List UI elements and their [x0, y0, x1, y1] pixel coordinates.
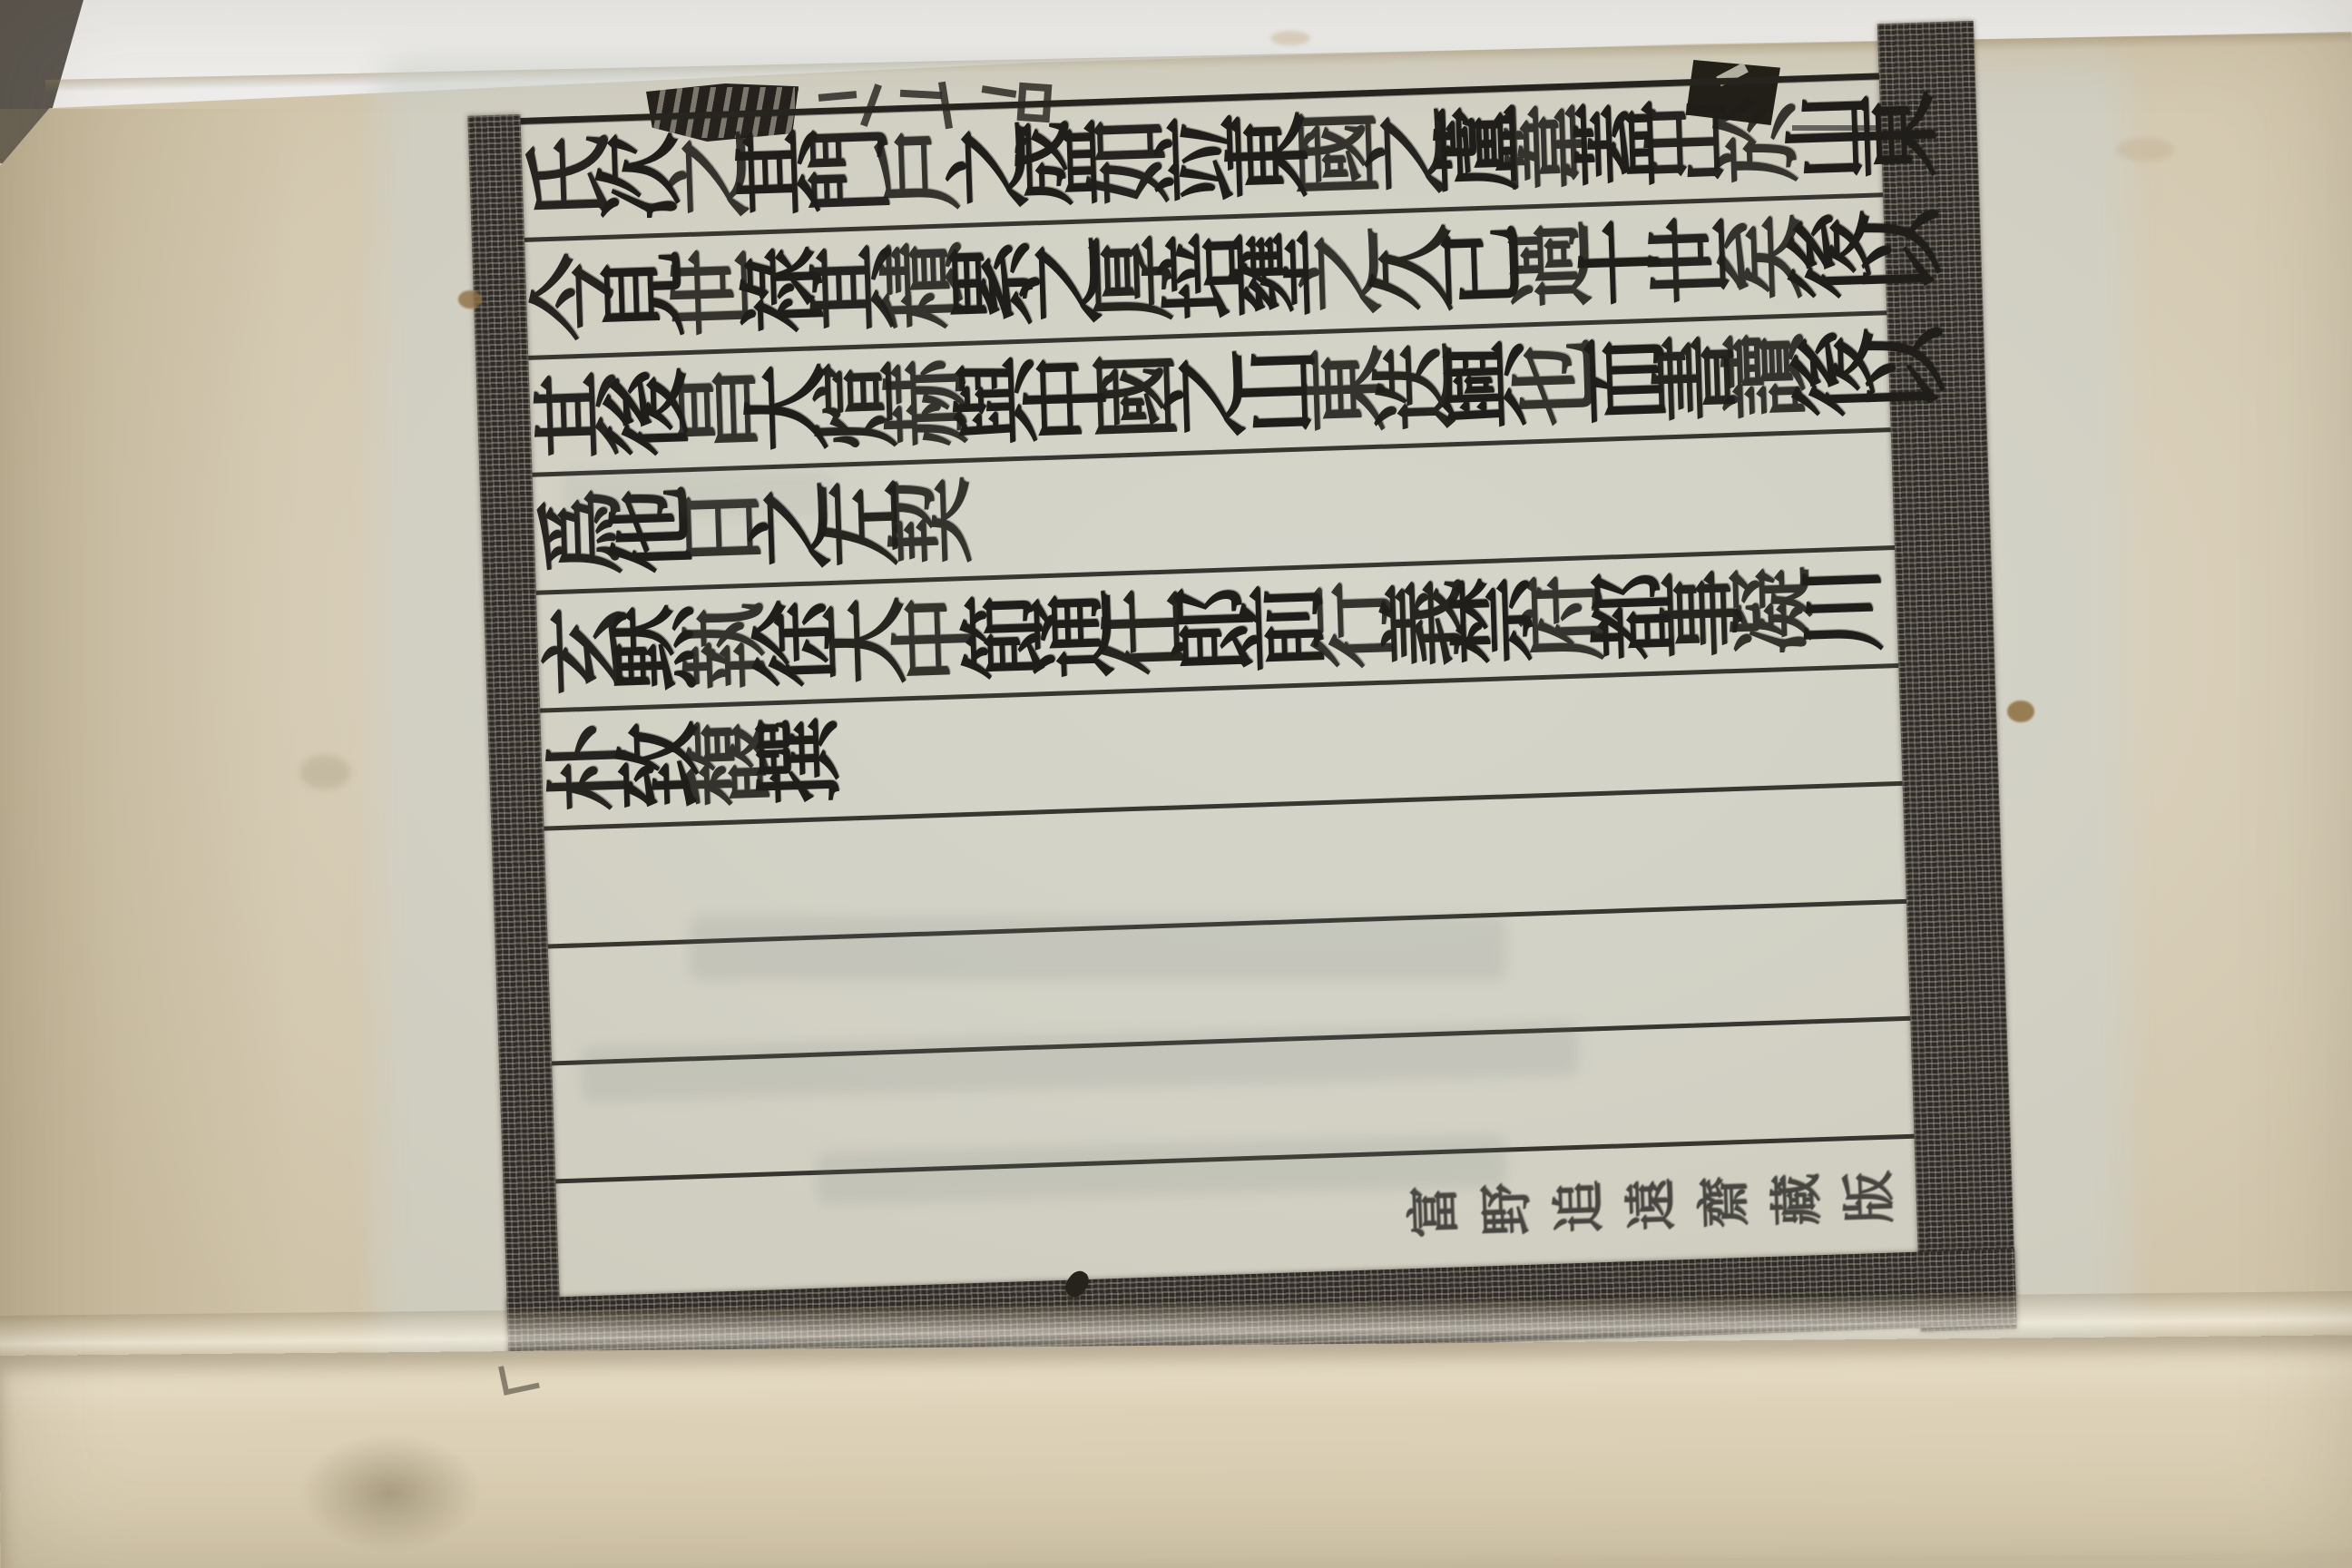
hanja-glyph: 以 [1852, 334, 1957, 407]
hanja-glyph: 版 [1822, 1159, 1916, 1234]
paper-smudge [299, 755, 350, 789]
paper-left-shading [0, 109, 299, 1452]
bleedthrough-ghost [690, 916, 1506, 980]
hanja-glyph: 撰 [746, 724, 851, 798]
paper-smudge [2116, 138, 2174, 162]
hanja-glyph: 川 [1789, 572, 1895, 645]
hanja-glyph: 契 [878, 485, 984, 558]
photo-of-woodblock-book-page: 氏次之其門戶之盛如竝東國之蘆葦蓋出於山東今見世祿其積累之厚培壅之久已過十世矣後以… [0, 0, 2352, 1568]
foxing-stain [458, 290, 482, 309]
bleedthrough-ghost [563, 472, 835, 517]
text-rows-container: 氏次之其門戶之盛如竝東國之蘆葦蓋出於山東今見世祿其積累之厚培壅之久已過十世矣後以… [521, 79, 1918, 1297]
hanja-glyph: 以 [1848, 216, 1954, 289]
paper-smudge [1270, 31, 1310, 45]
hanja-glyph: 東 [1844, 99, 1949, 172]
foxing-stain [2007, 701, 2034, 722]
page-roll-shadow [263, 1411, 517, 1568]
